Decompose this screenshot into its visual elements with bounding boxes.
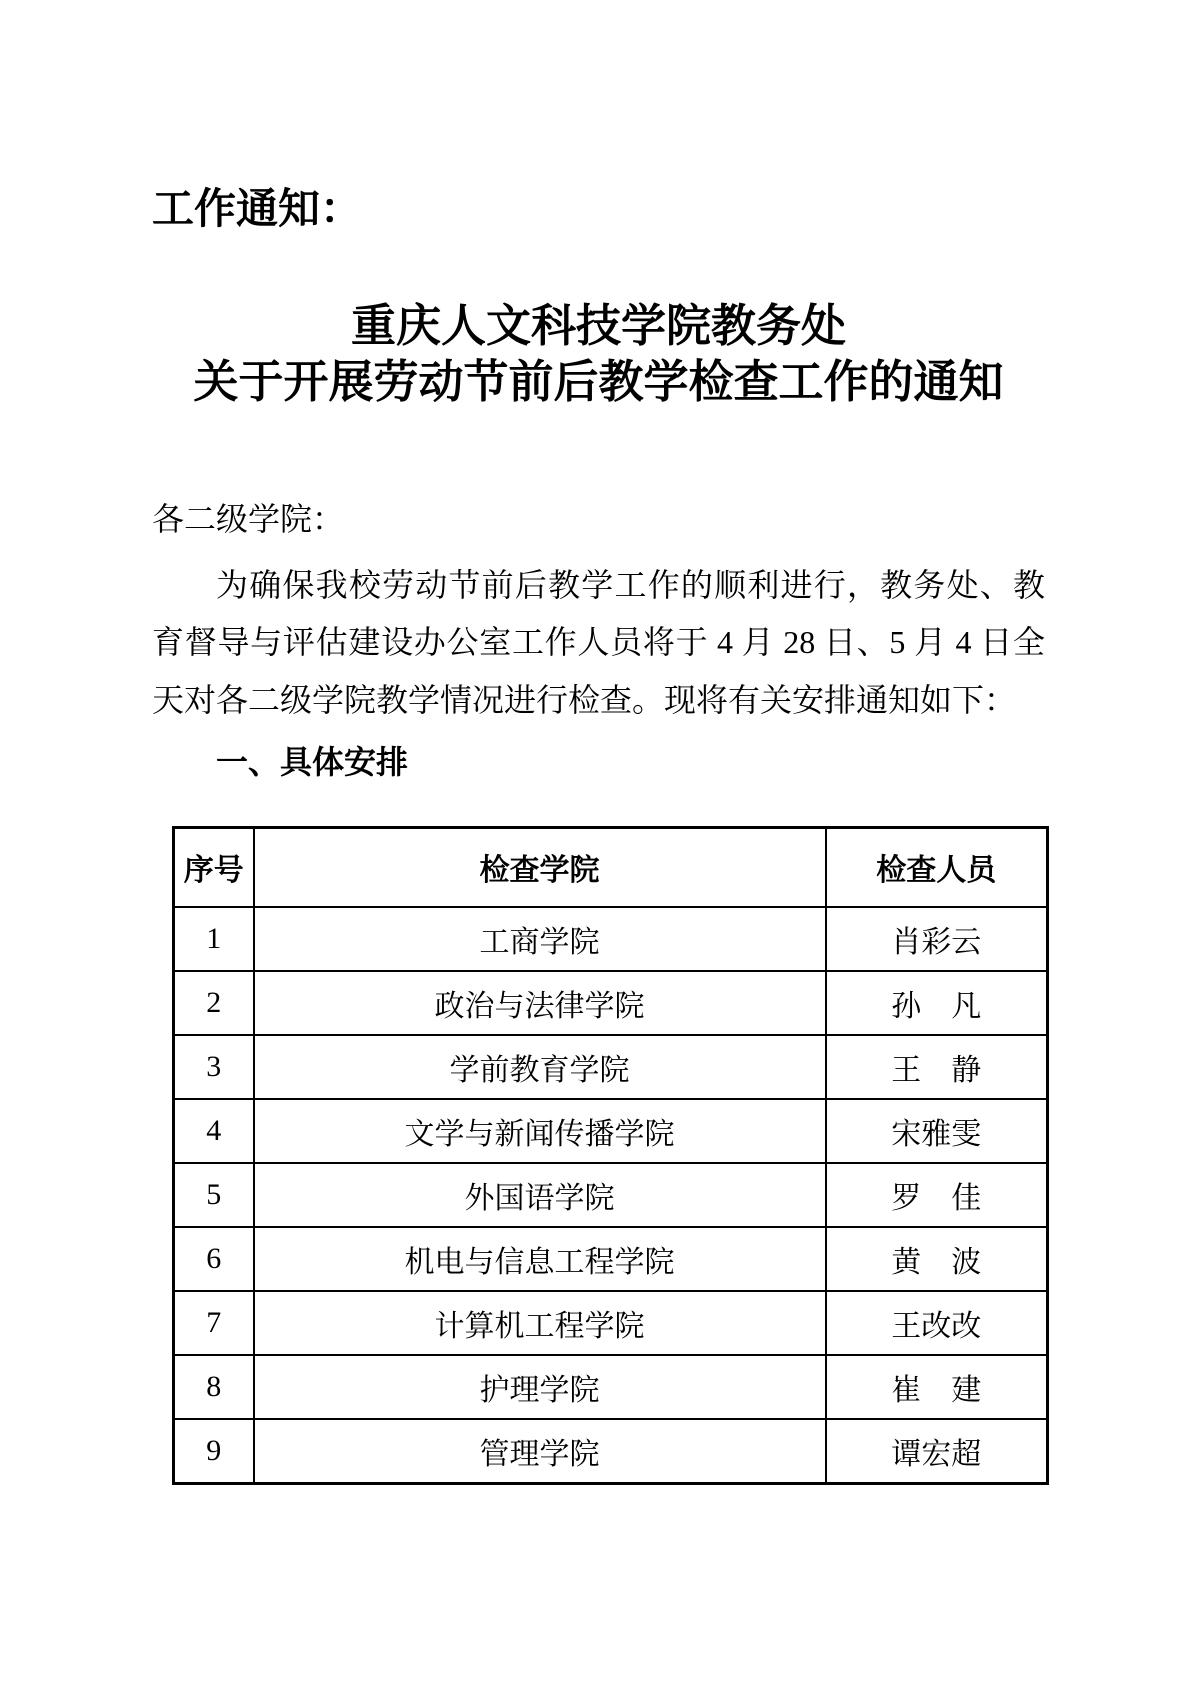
title-line-1: 重庆人文科技学院教务处 — [152, 298, 1045, 355]
table-row: 4文学与新闻传播学院宋雅雯 — [174, 1099, 1048, 1163]
table-row: 2政治与法律学院孙 凡 — [174, 971, 1048, 1035]
college-cell: 政治与法律学院 — [254, 971, 826, 1035]
college-cell: 学前教育学院 — [254, 1035, 826, 1099]
college-cell: 外国语学院 — [254, 1163, 826, 1227]
work-notice-label: 工作通知： — [152, 183, 1045, 238]
table-row: 3学前教育学院王 静 — [174, 1035, 1048, 1099]
table-row: 9管理学院谭宏超 — [174, 1419, 1048, 1483]
inspector-cell: 谭宏超 — [826, 1419, 1048, 1483]
row-number-cell: 4 — [174, 1099, 254, 1163]
row-number-cell: 9 — [174, 1419, 254, 1483]
header-cell-college: 检查学院 — [254, 827, 826, 907]
inspector-cell: 宋雅雯 — [826, 1099, 1048, 1163]
header-cell-number: 序号 — [174, 827, 254, 907]
table-header-row: 序号 检查学院 检查人员 — [174, 827, 1048, 907]
inspector-cell: 孙 凡 — [826, 971, 1048, 1035]
college-cell: 计算机工程学院 — [254, 1291, 826, 1355]
header-cell-inspector: 检查人员 — [826, 827, 1048, 907]
table-row: 7计算机工程学院王改改 — [174, 1291, 1048, 1355]
inspection-schedule-table: 序号 检查学院 检查人员 1工商学院肖彩云2政治与法律学院孙 凡3学前教育学院王… — [172, 826, 1049, 1485]
inspector-cell: 肖彩云 — [826, 907, 1048, 971]
row-number-cell: 1 — [174, 907, 254, 971]
table-body: 1工商学院肖彩云2政治与法律学院孙 凡3学前教育学院王 静4文学与新闻传播学院宋… — [174, 907, 1048, 1483]
document-title: 重庆人文科技学院教务处 关于开展劳动节前后教学检查工作的通知 — [152, 298, 1045, 411]
college-cell: 工商学院 — [254, 907, 826, 971]
document-page: 工作通知： 重庆人文科技学院教务处 关于开展劳动节前后教学检查工作的通知 各二级… — [0, 0, 1191, 1684]
row-number-cell: 2 — [174, 971, 254, 1035]
college-cell: 护理学院 — [254, 1355, 826, 1419]
row-number-cell: 6 — [174, 1227, 254, 1291]
college-cell: 管理学院 — [254, 1419, 826, 1483]
section-heading: 一、具体安排 — [152, 739, 1045, 785]
salutation: 各二级学院： — [152, 491, 1045, 549]
row-number-cell: 5 — [174, 1163, 254, 1227]
college-cell: 机电与信息工程学院 — [254, 1227, 826, 1291]
table-row: 6机电与信息工程学院黄 波 — [174, 1227, 1048, 1291]
inspector-cell: 黄 波 — [826, 1227, 1048, 1291]
row-number-cell: 8 — [174, 1355, 254, 1419]
table-row: 5外国语学院罗 佳 — [174, 1163, 1048, 1227]
title-line-2: 关于开展劳动节前后教学检查工作的通知 — [152, 354, 1045, 411]
row-number-cell: 7 — [174, 1291, 254, 1355]
inspector-cell: 崔 建 — [826, 1355, 1048, 1419]
inspector-cell: 王 静 — [826, 1035, 1048, 1099]
inspector-cell: 罗 佳 — [826, 1163, 1048, 1227]
table-row: 1工商学院肖彩云 — [174, 907, 1048, 971]
inspector-cell: 王改改 — [826, 1291, 1048, 1355]
document-content: 工作通知： 重庆人文科技学院教务处 关于开展劳动节前后教学检查工作的通知 各二级… — [0, 183, 1191, 1485]
table-head: 序号 检查学院 检查人员 — [174, 827, 1048, 907]
table-row: 8护理学院崔 建 — [174, 1355, 1048, 1419]
row-number-cell: 3 — [174, 1035, 254, 1099]
body-paragraph: 为确保我校劳动节前后教学工作的顺利进行，教务处、教育督导与评估建设办公室工作人员… — [152, 557, 1045, 730]
college-cell: 文学与新闻传播学院 — [254, 1099, 826, 1163]
